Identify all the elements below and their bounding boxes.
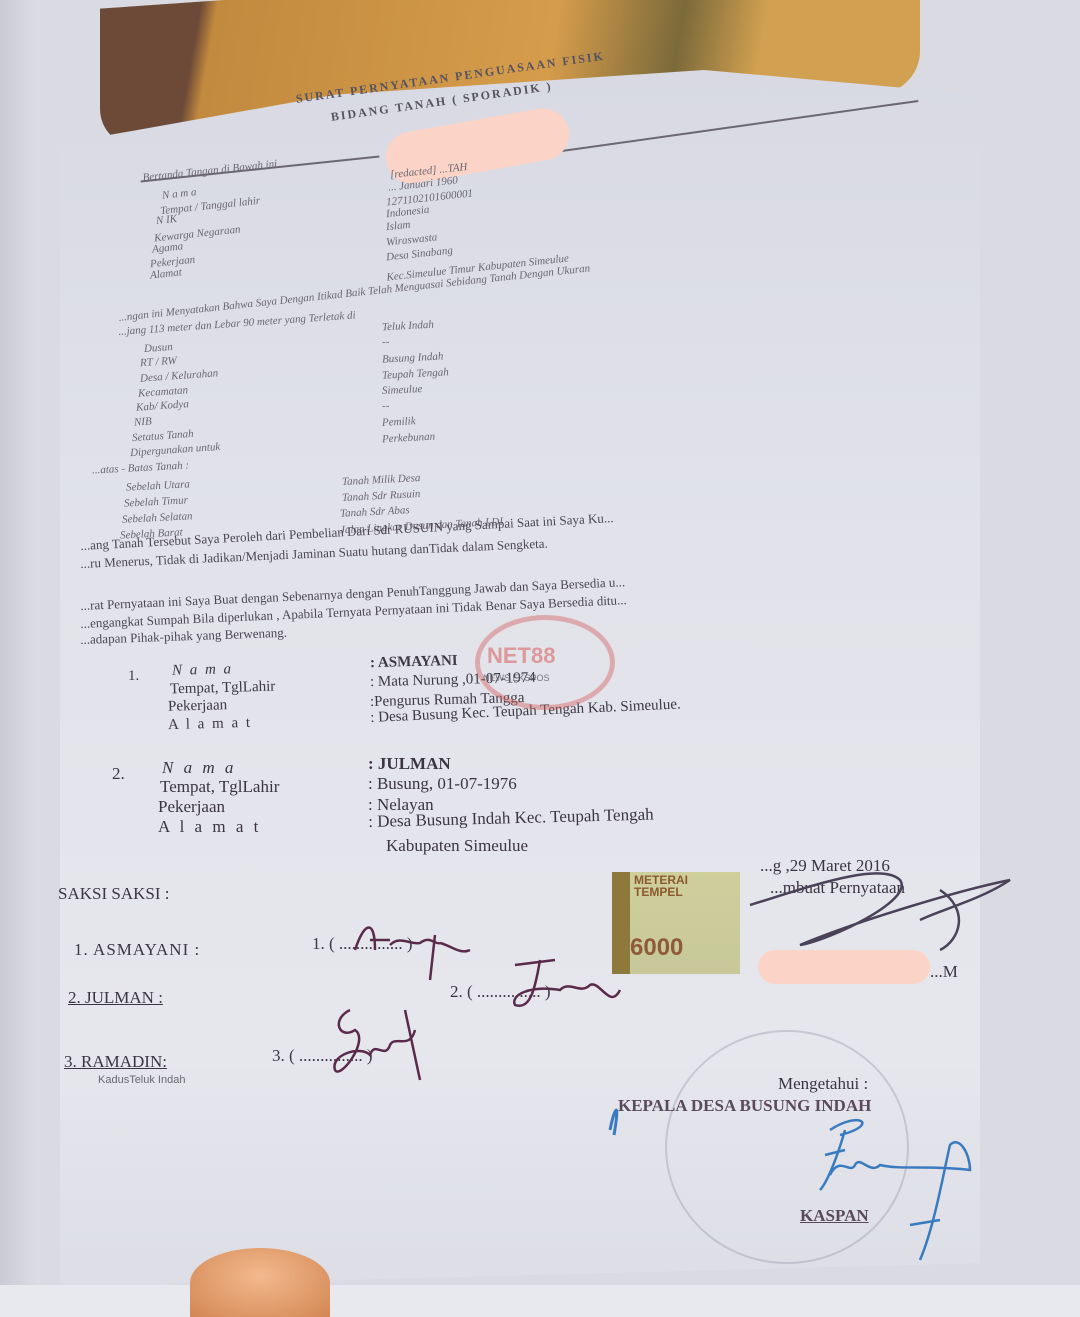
watermark: NET88 NEWS EKSPOS: [465, 615, 615, 705]
boundaries-heading: ...atas - Batas Tanah :: [92, 459, 190, 476]
label: Alamat: [149, 266, 182, 281]
label: Dipergunakan untuk: [130, 441, 221, 459]
label: Sebelah Utara: [126, 478, 190, 493]
bottom-sheet: [0, 1285, 1080, 1317]
number: 1.: [128, 668, 139, 685]
value: : ASMAYANI: [370, 653, 458, 672]
witness-3-note: KadusTeluk Indah: [98, 1074, 185, 1086]
intro-text: Bertanda Tangan di Bawah ini: [142, 158, 278, 184]
value: --: [382, 336, 390, 348]
label: Kecamatan: [138, 384, 189, 399]
stamp-label-2: TEMPEL: [634, 885, 683, 899]
label: A l a m a t: [168, 715, 252, 734]
value: Teluk Indah: [382, 319, 434, 334]
number: 2.: [112, 764, 125, 784]
value: Teupah Tengah: [382, 366, 449, 381]
label: RT / RW: [140, 355, 178, 370]
witness-3-label: 3. RAMADIN:: [64, 1052, 167, 1072]
value: Pemilik: [382, 415, 416, 429]
village-head-signature: [600, 1095, 1000, 1275]
watermark-brand: NET88: [487, 643, 555, 669]
value: Simeulue: [382, 383, 423, 397]
value: Perkebunan: [382, 431, 436, 446]
value: Tanah Milik Desa: [342, 472, 421, 488]
label: Pekerjaan: [158, 797, 225, 817]
value: Busung Indah: [382, 350, 444, 365]
value: --: [382, 400, 390, 412]
value: Tanah Sdr Rusuin: [342, 488, 421, 504]
acknowledge-label: Mengetahui :: [778, 1074, 868, 1094]
label: N a m a: [162, 758, 236, 778]
value: Islam: [385, 219, 411, 233]
value: : Busung, 01-07-1976: [368, 774, 517, 794]
witness-2-label: 2. JULMAN :: [68, 988, 163, 1008]
witness-1-label: 1. ASMAYANI :: [74, 940, 200, 960]
label: NIB: [134, 415, 153, 428]
stamp-label: METERAITEMPEL: [634, 874, 688, 898]
value: Tanah Sdr Abas: [340, 504, 410, 520]
label: Desa / Kelurahan: [140, 367, 219, 384]
value: : JULMAN: [368, 754, 451, 774]
witnesses-heading: SAKSI SAKSI :: [58, 884, 169, 904]
maker-name-suffix: ...M: [930, 962, 958, 982]
label: Dusun: [144, 341, 174, 355]
label: N IK: [155, 213, 177, 227]
document: SURAT PERNYATAAN PENGUASAAN FISIK BIDANG…: [0, 0, 1080, 1317]
witness-1-signature: [340, 915, 490, 985]
label: N a m a: [161, 186, 197, 202]
finger: [190, 1248, 330, 1317]
label: A l a m a t: [158, 817, 261, 837]
value: Kabupaten Simeulue: [386, 836, 528, 856]
witness-3-signature: [320, 1000, 430, 1090]
label: Pekerjaan: [168, 697, 228, 716]
label: Tempat, TglLahir: [160, 777, 279, 797]
label: Agama: [151, 240, 183, 255]
label: Sebelah Selatan: [122, 510, 193, 526]
label: Tempat, TglLahir: [170, 679, 276, 699]
label: Setatus Tanah: [132, 428, 194, 444]
label: Sebelah Timur: [124, 494, 188, 509]
watermark-sub: NEWS EKSPOS: [483, 673, 550, 683]
label: Kab/ Kodya: [136, 398, 190, 414]
maker-signature: [740, 850, 1030, 960]
label: N a m a: [172, 661, 234, 680]
witness-2-signature: [500, 950, 640, 1020]
title-rule-right: [562, 100, 919, 152]
